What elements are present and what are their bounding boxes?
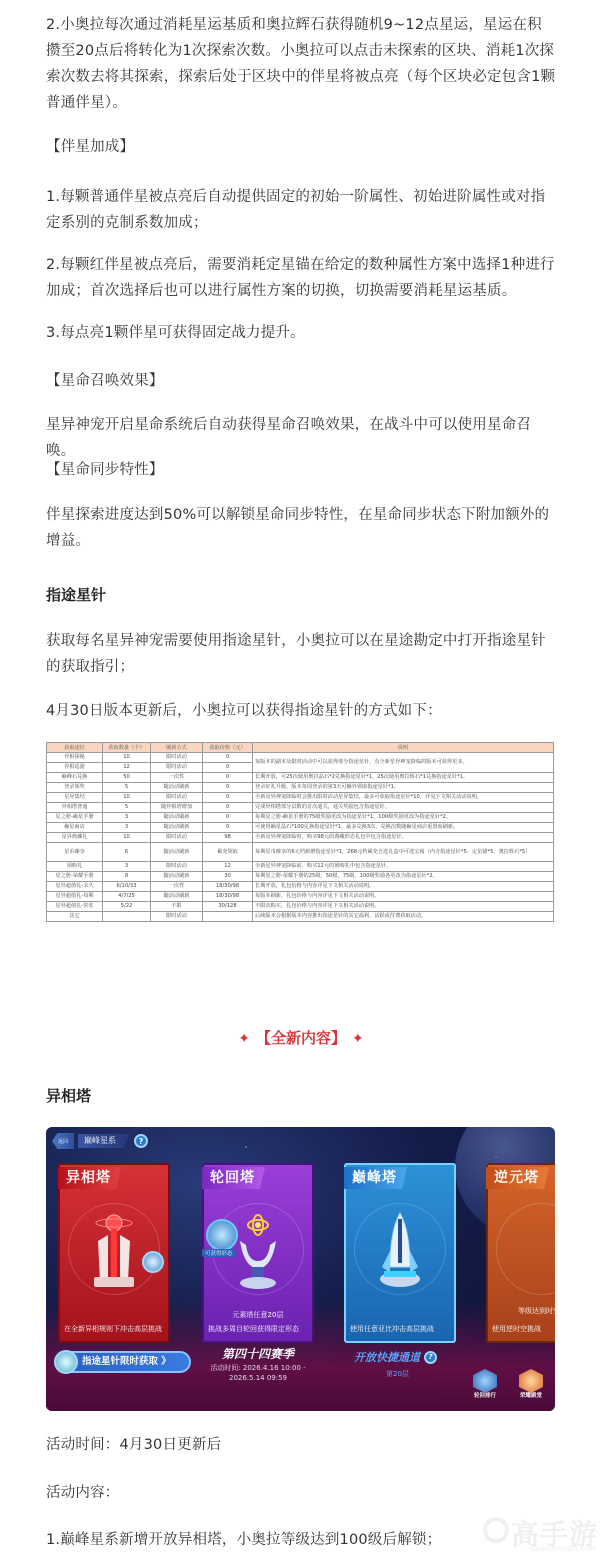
tower-card-reverse[interactable]: 逆元塔 等级达到时空 使用逆时空挑战	[486, 1163, 555, 1343]
cell: 预购礼	[47, 862, 103, 872]
table-row: 星之册-荣耀手册 8 随活动刷新 30 每期星之册-荣耀手册的25级、50级、7…	[47, 872, 554, 882]
back-button[interactable]: 返回	[52, 1133, 74, 1149]
table-row: 星异超值礼-常驻 5/22 不限 30/128 不限次购买，礼包价格与内容详见下…	[47, 902, 554, 912]
cell: 长期开放，可25次使用奥拉晶石*2兑换指途星针*1，25次使用奥拉辉石*1兑换指…	[253, 773, 554, 783]
cell: 登录领奖	[47, 783, 103, 793]
cell: 每期星之册-荣耀手册的25级、50级、75级、100级奖励各更改为指途星针*2。	[253, 872, 554, 882]
cell: 不限次购买，礼包价格与内容详见下文相关活动说明。	[253, 902, 554, 912]
table-header-row: 获取途径 获取数量（个） 刷新方式 获取价格（元） 说明	[47, 743, 554, 753]
paragraph-exploration: 2.小奥拉每次通过消耗星运基质和奥拉辉石获得随机9~12点星运，星运在积攒至20…	[46, 12, 556, 116]
card-title: 逆元塔	[486, 1167, 549, 1189]
cell: 限时活动	[151, 753, 203, 763]
card-description: 挑战多周目轮回获得限定形态	[208, 1324, 308, 1335]
subheading-summon: 【星命召唤效果】	[46, 368, 556, 394]
activity-item-1: 1.巅峰星系新增开放异相塔，小奥拉等级达到100级后解锁；	[46, 1527, 556, 1553]
pet-form-avatar-icon	[206, 1219, 238, 1251]
table-row: 其它 限时活动 后续版本会根据版本内容推出指途星针的其它福利、活跃或付费获取活动…	[47, 912, 554, 922]
compass-sources-table: 获取途径 获取数量（个） 刷新方式 获取价格（元） 说明 异相探秘 10 限时活…	[46, 742, 554, 922]
table-row: 星昇典藏礼 10 限时活动 98 全新星异神宠降临时，购买98元的典藏形态礼包中…	[47, 833, 554, 843]
cell: 30	[203, 872, 253, 882]
character-avatar-icon	[142, 1251, 164, 1273]
guide-button-label: 指途星针限时获取 》	[82, 1356, 171, 1367]
cell: 30/128	[203, 902, 253, 912]
purple-tower-icon	[234, 1211, 282, 1291]
cell: 5/22	[103, 902, 151, 912]
cell: 5	[103, 783, 151, 793]
cell: 0	[203, 803, 253, 813]
cell: 星异超值礼-永久	[47, 882, 103, 892]
cell: 星昇典藏礼	[47, 833, 103, 843]
cell: 星异超值礼-每期	[47, 892, 103, 902]
cell: 随活动刷新	[151, 813, 203, 823]
temple-icon	[519, 1369, 543, 1393]
card-subtext: 元素塔任意20层	[208, 1310, 308, 1321]
cell: 0	[203, 763, 253, 773]
cell: 每期星币臻享的6元档新增指途星针*1，268元档累充自选礼盒中可选宝箱（内含指途…	[253, 843, 554, 862]
table-row: 预购礼 3 限时活动 12 全新星异神宠降临前，购买12元的预购礼中包含指途星针…	[47, 862, 554, 872]
table-row: 异相探秘 10 限时活动 0 每版本的副本及限时活动中可以获得部分指途星针，有全…	[47, 753, 554, 763]
cell: 18/30/98	[203, 892, 253, 902]
cell: 巅峰石兑换	[47, 773, 103, 783]
help-icon[interactable]: ?	[424, 1351, 437, 1364]
cell: 随活动刷新	[151, 892, 203, 902]
reincarnation-ranking-button[interactable]: 轮回排行	[470, 1369, 500, 1401]
cell: 不限	[151, 902, 203, 912]
col-header: 刷新方式	[151, 743, 203, 753]
cell: 5	[103, 803, 151, 813]
card-description: 在全新异相规则下冲击高层挑战	[64, 1324, 164, 1335]
cell: 3	[103, 862, 151, 872]
cell: 10	[103, 753, 151, 763]
cell: 3	[103, 823, 151, 833]
ring-decoration	[496, 1203, 555, 1295]
cell: 10	[103, 833, 151, 843]
cell: 98	[203, 833, 253, 843]
cell: 星币臻享	[47, 843, 103, 862]
cell: 12	[203, 862, 253, 872]
season-time-end: 2026.5.14 09:59	[196, 1373, 320, 1383]
paragraph-bonus-2: 2.每颗红伴星被点亮后，需要消耗定星锚在给定的数种属性方案中选择1种进行加成；首…	[46, 252, 556, 304]
season-time-start: 活动时间: 2026.4.16 10:00 -	[196, 1363, 320, 1373]
cell: 一次性	[151, 773, 203, 783]
cell: 0	[203, 793, 253, 803]
cell: 0	[203, 823, 253, 833]
cell: 8	[103, 872, 151, 882]
paragraph-sync: 伴星探索进度达到50%可以解锁星命同步特性，在星命同步状态下附加额外的增益。	[46, 502, 556, 554]
cell: 限时活动	[151, 763, 203, 773]
cell: 星之册-巅星手册	[47, 813, 103, 823]
table-row: 异相塔普通 5 随异相塔增加 0 完成异相塔部分层数的首次通关，通关奖励包含指途…	[47, 803, 554, 813]
table-row: 星昇集结 10 限时活动 0 全新星异神宠降临时会推出限时活动星昇集结，最多可获…	[47, 793, 554, 803]
cell: 18/30/98	[203, 882, 253, 892]
quick-pass-button[interactable]: 开放快捷通道 ?	[354, 1349, 437, 1365]
cell: 后续版本会根据版本内容推出指途星针的其它福利、活跃或付费获取活动。	[253, 912, 554, 922]
help-icon[interactable]: ?	[134, 1134, 148, 1148]
cell: 限时活动	[151, 912, 203, 922]
site-watermark: 高手游 GAOSHOUYOU.COM	[483, 1513, 598, 1553]
cell: 每版本的副本及限时活动中可以获得部分指途星针，有全新星异神宠降临的版本可获得更多…	[253, 753, 554, 773]
card-title: 轮回塔	[202, 1167, 265, 1189]
cell: 可使用巅星晶石*100兑换指途星针*1，最多兑换3次，兑换次数随巅星商店重置而刷…	[253, 823, 554, 833]
cell: 6	[103, 843, 151, 862]
cell: 每版本刷新，礼包价格与内容详见下文相关活动说明。	[253, 892, 554, 902]
cell: 累充领取	[203, 843, 253, 862]
cell: 星之册-荣耀手册	[47, 872, 103, 882]
subheading-sync: 【星命同步特性】	[46, 457, 556, 483]
season-time: 活动时间: 2026.4.16 10:00 - 2026.5.14 09:59	[196, 1363, 320, 1383]
cell: 随活动刷新	[151, 823, 203, 833]
table-row: 星币臻享 6 随活动刷新 累充领取 每期星币臻享的6元档新增指途星针*1，268…	[47, 843, 554, 862]
cell: 3	[103, 813, 151, 823]
col-header: 获取数量（个）	[103, 743, 151, 753]
game-screenshot: 返回 巅峰星系 ? 异相塔 在全新异相规则下冲击高层挑战 轮回塔	[46, 1127, 555, 1411]
cell: 全新星异神宠降临时，购买98元的典藏形态礼包中包含指途星针。	[253, 833, 554, 843]
col-header: 说明	[253, 743, 554, 753]
table-row: 巅峰石兑换 50 一次性 0 长期开放，可25次使用奥拉晶石*2兑换指途星针*1…	[47, 773, 554, 783]
table-row: 星异超值礼-永久 6/10/33 一次性 18/30/98 长期开放，礼包价格与…	[47, 882, 554, 892]
cell: 全新星异神宠降临前，购买12元的预购礼中包含指途星针。	[253, 862, 554, 872]
cell: 随异相塔增加	[151, 803, 203, 813]
cell: 异相探秘	[47, 753, 103, 763]
floor-label: 第20层	[386, 1369, 409, 1379]
screen-title: 巅峰星系	[78, 1134, 130, 1148]
cell: 0	[203, 773, 253, 783]
cell: 10	[103, 793, 151, 803]
subheading-companion-bonus: 【伴星加成】	[46, 134, 556, 160]
section-new-content: ✦【全新内容】✦	[46, 1027, 556, 1048]
table-row: 巅星商店 3 随活动刷新 0 可使用巅星晶石*100兑换指途星针*1，最多兑换3…	[47, 823, 554, 833]
cell: 长期开放，礼包价格与内容详见下文相关活动说明。	[253, 882, 554, 892]
cell: 完成异相塔部分层数的首次通关，通关奖励包含指途星针。	[253, 803, 554, 813]
cell: 登录好礼升级，版本每周登录的第3天可额外领取指途星针*1。	[253, 783, 554, 793]
table-row: 登录领奖 5 随活动刷新 0 登录好礼升级，版本每周登录的第3天可额外领取指途星…	[47, 783, 554, 793]
brand-logo-icon	[483, 1517, 509, 1543]
paragraph-compass-ways: 4月30日版本更新后，小奥拉可以获得指途星针的方式如下：	[46, 698, 556, 724]
table-row: 星之册-巅星手册 3 随活动刷新 0 每期星之册-巅星手册的75级奖励更改为指途…	[47, 813, 554, 823]
cell: 0	[203, 813, 253, 823]
cell: 全新星异神宠降临时会推出限时活动星昇集结，最多可获取指途星针*10，详见下文相关…	[253, 793, 554, 803]
cell: 6/10/33	[103, 882, 151, 892]
sparkle-icon: ✦	[352, 1031, 364, 1047]
cell: 0	[203, 753, 253, 763]
cell	[203, 912, 253, 922]
cell: 限时活动	[151, 862, 203, 872]
activity-time: 活动时间：4月30日更新后	[46, 1432, 556, 1458]
cell: 限时活动	[151, 833, 203, 843]
card-subtext: 等级达到时空	[492, 1306, 555, 1317]
heading-tower: 异相塔	[46, 1085, 91, 1106]
table-row: 星异超值礼-每期 4/7/25 随活动刷新 18/30/98 每版本刷新，礼包价…	[47, 892, 554, 902]
atom-icon	[473, 1369, 497, 1393]
blue-tower-icon	[376, 1211, 424, 1291]
cell: 异相巡游	[47, 763, 103, 773]
quick-pass-label: 开放快捷通道	[354, 1349, 420, 1365]
form-badge-label: 可获得形态	[202, 1249, 236, 1257]
brand-url: GAOSHOUYOU.COM	[530, 1546, 596, 1553]
cell: 4/7/25	[103, 892, 151, 902]
cell	[103, 912, 151, 922]
cell: 其它	[47, 912, 103, 922]
cell: 每期星之册-巅星手册的75级奖励更改为指途星针*1，100级奖励更改为指途星针*…	[253, 813, 554, 823]
col-header: 获取价格（元）	[203, 743, 253, 753]
cell: 限时活动	[151, 793, 203, 803]
paragraph-compass: 获取每名星异神宠需要使用指途星针，小奥拉可以在星途勘定中打开指途星针的获取指引；	[46, 628, 556, 680]
paragraph-bonus-3: 3.每点亮1颗伴星可获得固定战力提升。	[46, 320, 556, 346]
cell: 随活动刷新	[151, 843, 203, 862]
hall-of-glory-button[interactable]: 荣耀殿堂	[516, 1369, 546, 1401]
cell: 50	[103, 773, 151, 783]
sparkle-icon: ✦	[238, 1031, 250, 1047]
card-description: 使用逆时空挑战	[492, 1324, 555, 1335]
col-header: 获取途径	[47, 743, 103, 753]
cell: 异相塔普通	[47, 803, 103, 813]
card-title: 异相塔	[58, 1167, 121, 1189]
activity-content-label: 活动内容：	[46, 1480, 556, 1506]
back-label: 返回	[58, 1138, 68, 1145]
game-topbar: 返回 巅峰星系 ?	[52, 1132, 148, 1150]
compass-limited-time-button[interactable]: 指途星针限时获取 》	[56, 1351, 191, 1373]
cell: 随活动刷新	[151, 783, 203, 793]
cell: 随活动刷新	[151, 872, 203, 882]
cell: 12	[103, 763, 151, 773]
card-description: 使用任意亚比冲击高层挑战	[350, 1324, 450, 1335]
cell: 0	[203, 783, 253, 793]
cell: 星昇集结	[47, 793, 103, 803]
compass-disc-icon	[54, 1350, 78, 1374]
cell: 一次性	[151, 882, 203, 892]
cell: 巅星商店	[47, 823, 103, 833]
paragraph-bonus-1: 1.每颗普通伴星被点亮后自动提供固定的初始一阶属性、初始进阶属性或对指定系别的克…	[46, 184, 556, 236]
section-title: 【全新内容】	[256, 1029, 346, 1047]
cell: 星异超值礼-常驻	[47, 902, 103, 912]
tower-card-peak[interactable]: 巅峰塔 使用任意亚比冲击高层挑战	[344, 1163, 456, 1343]
heading-compass: 指途星针	[46, 584, 106, 605]
red-tower-icon	[90, 1211, 138, 1291]
tower-card-anomaly[interactable]: 异相塔 在全新异相规则下冲击高层挑战	[58, 1163, 170, 1343]
season-label: 第四十四赛季	[202, 1345, 314, 1362]
card-title: 巅峰塔	[344, 1167, 407, 1189]
